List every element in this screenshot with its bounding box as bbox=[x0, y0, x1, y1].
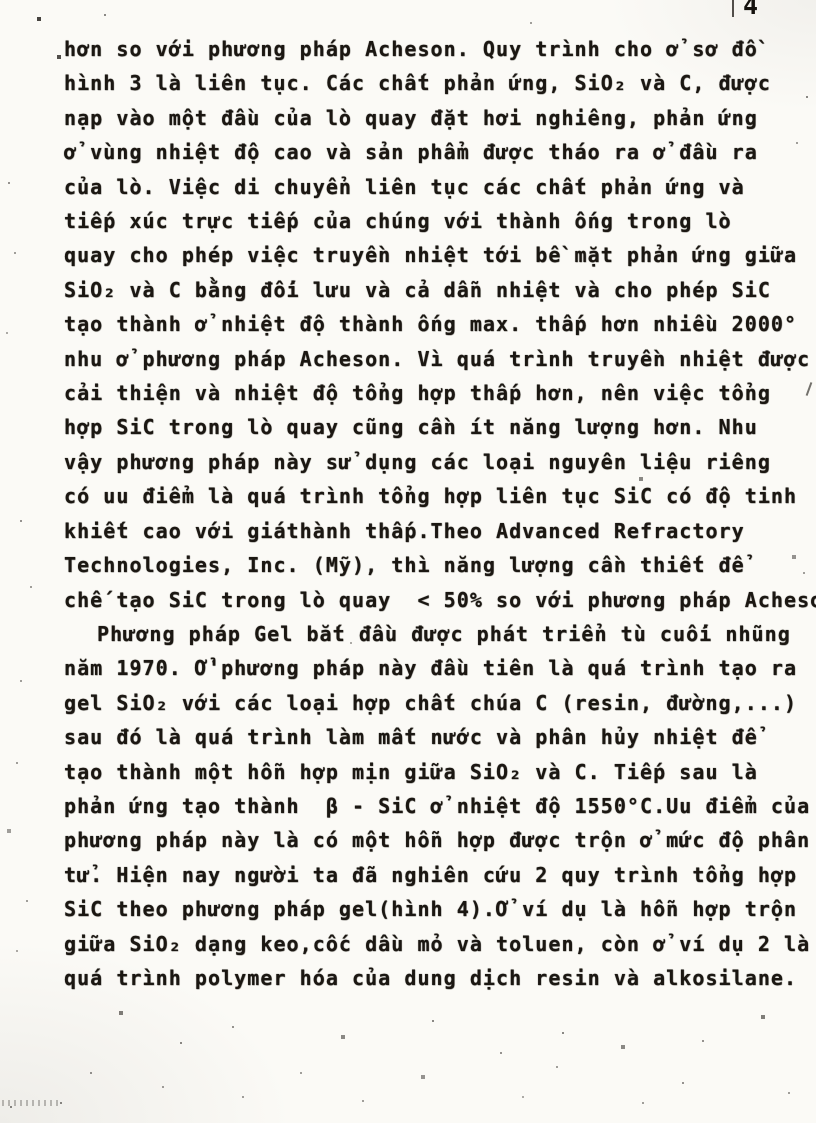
text-line: quá trình polymer hóa của dung dịch resi… bbox=[64, 961, 816, 995]
text-line: ở vùng nhiệt độ cao và sản phẩm được thá… bbox=[64, 135, 816, 169]
text-line: hơn so với phương pháp Acheson. Quy trìn… bbox=[64, 32, 816, 66]
text-line: Phương pháp Gel bắt đầu được phát triển … bbox=[64, 617, 816, 651]
text-line: tạo thành ở nhiệt độ thành ống max. thấp… bbox=[64, 307, 816, 341]
text-line: vậy phương pháp này sử dụng các loại ngu… bbox=[64, 445, 816, 479]
text-line: SiO₂ và C bằng đối lưu và cả dẫn nhiệt v… bbox=[64, 273, 816, 307]
text-line: sau đó là quá trình làm mất nước và phân… bbox=[64, 720, 816, 754]
text-line: có uu điểm là quá trình tổng hợp liên tụ… bbox=[64, 479, 816, 513]
text-line: khiết cao với giáthành thấp.Theo Advance… bbox=[64, 514, 816, 548]
text-line: cải thiện và nhiệt độ tổng hợp thấp hơn,… bbox=[64, 376, 816, 410]
text-line: SiC theo phương pháp gel(hình 4).Ở ví dụ… bbox=[64, 892, 816, 926]
scan-artifact bbox=[2, 1100, 62, 1106]
document-body-text: hơn so với phương pháp Acheson. Quy trìn… bbox=[64, 32, 816, 995]
page-number: 4 bbox=[743, 0, 758, 20]
text-line: nhu ở phương pháp Acheson. Vì quá trình … bbox=[64, 342, 816, 376]
text-line: tạo thành một hỗn hợp mịn giữa SiO₂ và C… bbox=[64, 755, 816, 789]
text-line: giữa SiO₂ dạng keo,cốc dầu mỏ và toluen,… bbox=[64, 927, 816, 961]
text-line: phương pháp này là có một hỗn hợp được t… bbox=[64, 823, 816, 857]
text-line: chế tạo SiC trong lò quay < 50% so với p… bbox=[64, 583, 816, 617]
scan-noise bbox=[0, 0, 2, 2]
text-line: Technologies, Inc. (Mỹ), thì năng lượng … bbox=[64, 548, 816, 582]
text-line: tử. Hiện nay người ta đã nghiên cứu 2 qu… bbox=[64, 858, 816, 892]
text-line: quay cho phép việc truyền nhiệt tới bề m… bbox=[64, 238, 816, 272]
text-line: gel SiO₂ với các loại hợp chất chúa C (r… bbox=[64, 686, 816, 720]
text-line: năm 1970. Ở'phương pháp này đầu tiên là … bbox=[64, 651, 816, 685]
text-line: của lò. Việc di chuyển liên tục các chất… bbox=[64, 170, 816, 204]
page-number-mark bbox=[732, 0, 734, 17]
scanned-page: 4 hơn so với phương pháp Acheson. Quy tr… bbox=[0, 0, 816, 1123]
text-line: tiếp xúc trực tiếp của chúng với thành ố… bbox=[64, 204, 816, 238]
text-line: hình 3 là liên tục. Các chất phản ứng, S… bbox=[64, 66, 816, 100]
text-line: hợp SiC trong lò quay cũng cần ít năng l… bbox=[64, 410, 816, 444]
text-line: phản ứng tạo thành β - SiC ở nhiệt độ 15… bbox=[64, 789, 816, 823]
text-line: nạp vào một đầu của lò quay đặt hơi nghi… bbox=[64, 101, 816, 135]
